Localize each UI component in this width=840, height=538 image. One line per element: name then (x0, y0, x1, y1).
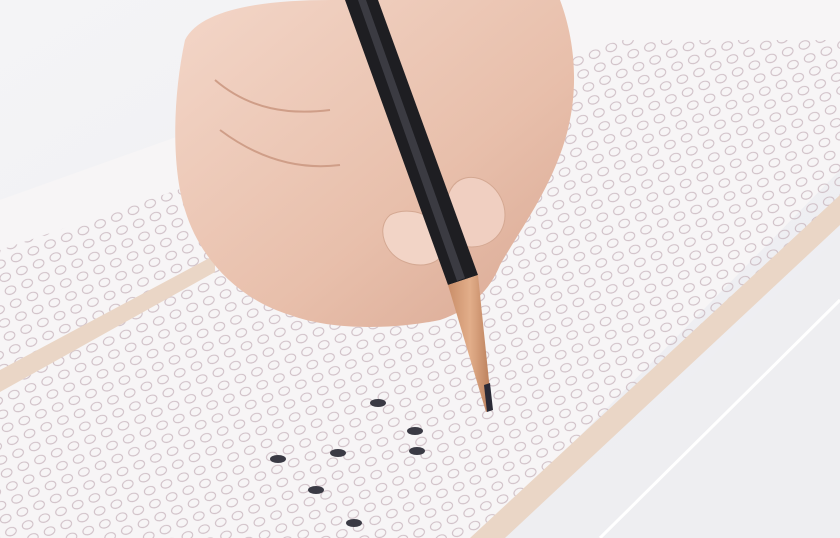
answer-sheet-photo (0, 0, 840, 538)
photo-scene (0, 0, 840, 538)
